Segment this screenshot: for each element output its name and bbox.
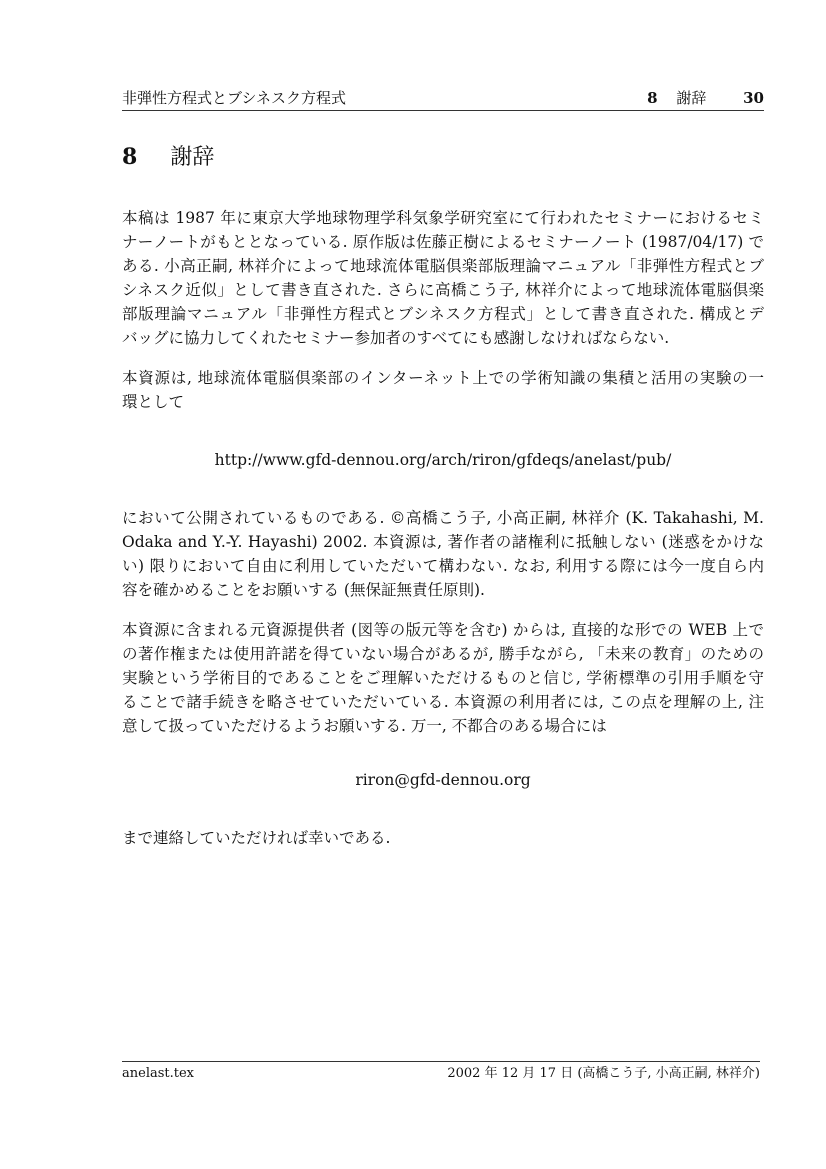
contact-email[interactable]: riron@gfd-dennou.org bbox=[122, 768, 764, 792]
paragraph-permissions: 本資源に含まれる元資源提供者 (図等の版元等を含む) からは, 直接的な形での … bbox=[122, 618, 764, 738]
running-footer: anelast.tex 2002 年 12 月 17 日 (高橋こう子, 小高正… bbox=[122, 1065, 760, 1085]
text-line: Odaka and Y.-Y. Hayashi) 2002. 本資源は, 著作者… bbox=[122, 530, 764, 554]
text-line: 環として bbox=[122, 390, 764, 414]
text-line: シネスク近似」として書き直された. さらに高橋こう子, 林祥介によって地球流体電… bbox=[122, 278, 764, 302]
document-page: 非弾性方程式とブシネスク方程式 8 謝辞 30 8 謝辞 本稿は 1987 年に… bbox=[0, 0, 826, 1169]
header-divider bbox=[122, 110, 764, 111]
footer-divider bbox=[122, 1061, 760, 1062]
header-right: 8 謝辞 30 bbox=[647, 88, 764, 108]
header-section-title: 謝辞 bbox=[676, 88, 706, 108]
text-line: の著作権または使用許諾を得ていない場合があるが, 勝手ながら, 「未来の教育」の… bbox=[122, 642, 764, 666]
paragraph-resource-intro: 本資源は, 地球流体電脳倶楽部のインターネット上での学術知識の集積と活用の実験の… bbox=[122, 366, 764, 414]
text-line: い) 限りにおいて自由に利用していただいて構わない. なお, 利用する際には今一… bbox=[122, 554, 764, 578]
paragraph-acknowledgement: 本稿は 1987 年に東京大学地球物理学科気象学研究室にて行われたセミナーにおけ… bbox=[122, 206, 764, 350]
text-line: 容を確かめることをお願いする (無保証無責任原則). bbox=[122, 578, 764, 602]
text-line: において公開されているものである. ©高橋こう子, 小高正嗣, 林祥介 (K. … bbox=[122, 506, 764, 530]
text-line: 部版理論マニュアル「非弾性方程式とブシネスク方程式」として書き直された. 構成と… bbox=[122, 302, 764, 326]
footer-date-authors: 2002 年 12 月 17 日 (高橋こう子, 小高正嗣, 林祥介) bbox=[447, 1065, 760, 1083]
running-title: 非弾性方程式とブシネスク方程式 bbox=[122, 88, 346, 108]
page-number: 30 bbox=[743, 88, 764, 108]
text-line: 本資源に含まれる元資源提供者 (図等の版元等を含む) からは, 直接的な形での … bbox=[122, 618, 764, 642]
text-line: ることで諸手続きを略させていただいている. 本資源の利用者には, この点を理解の… bbox=[122, 690, 764, 714]
resource-url[interactable]: http://www.gfd-dennou.org/arch/riron/gfd… bbox=[122, 448, 764, 472]
text-line: 本資源は, 地球流体電脳倶楽部のインターネット上での学術知識の集積と活用の実験の… bbox=[122, 366, 764, 390]
text-line: ナーノートがもととなっている. 原作版は佐藤正樹によるセミナーノート (1987… bbox=[122, 230, 764, 254]
section-number: 8 bbox=[122, 144, 137, 170]
paragraph-copyright: において公開されているものである. ©高橋こう子, 小高正嗣, 林祥介 (K. … bbox=[122, 506, 764, 602]
header-section-number: 8 bbox=[647, 88, 657, 108]
section-heading: 8 謝辞 bbox=[122, 143, 214, 172]
paragraph-closing: まで連絡していただければ幸いである. bbox=[122, 826, 764, 850]
text-line: まで連絡していただければ幸いである. bbox=[122, 826, 764, 850]
text-line: バッグに協力してくれたセミナー参加者のすべてにも感謝しなければならない. bbox=[122, 326, 764, 350]
running-header: 非弾性方程式とブシネスク方程式 8 謝辞 30 bbox=[122, 88, 764, 110]
text-line: 本稿は 1987 年に東京大学地球物理学科気象学研究室にて行われたセミナーにおけ… bbox=[122, 206, 764, 230]
text-line: 実験という学術目的であることをご理解いただけるものと信じ, 学術標準の引用手順を… bbox=[122, 666, 764, 690]
text-line: ある. 小高正嗣, 林祥介によって地球流体電脳倶楽部版理論マニュアル「非弾性方程… bbox=[122, 254, 764, 278]
section-title: 謝辞 bbox=[170, 145, 214, 170]
text-line: 意して扱っていただけるようお願いする. 万一, 不都合のある場合には bbox=[122, 714, 764, 738]
footer-filename: anelast.tex bbox=[122, 1065, 194, 1083]
